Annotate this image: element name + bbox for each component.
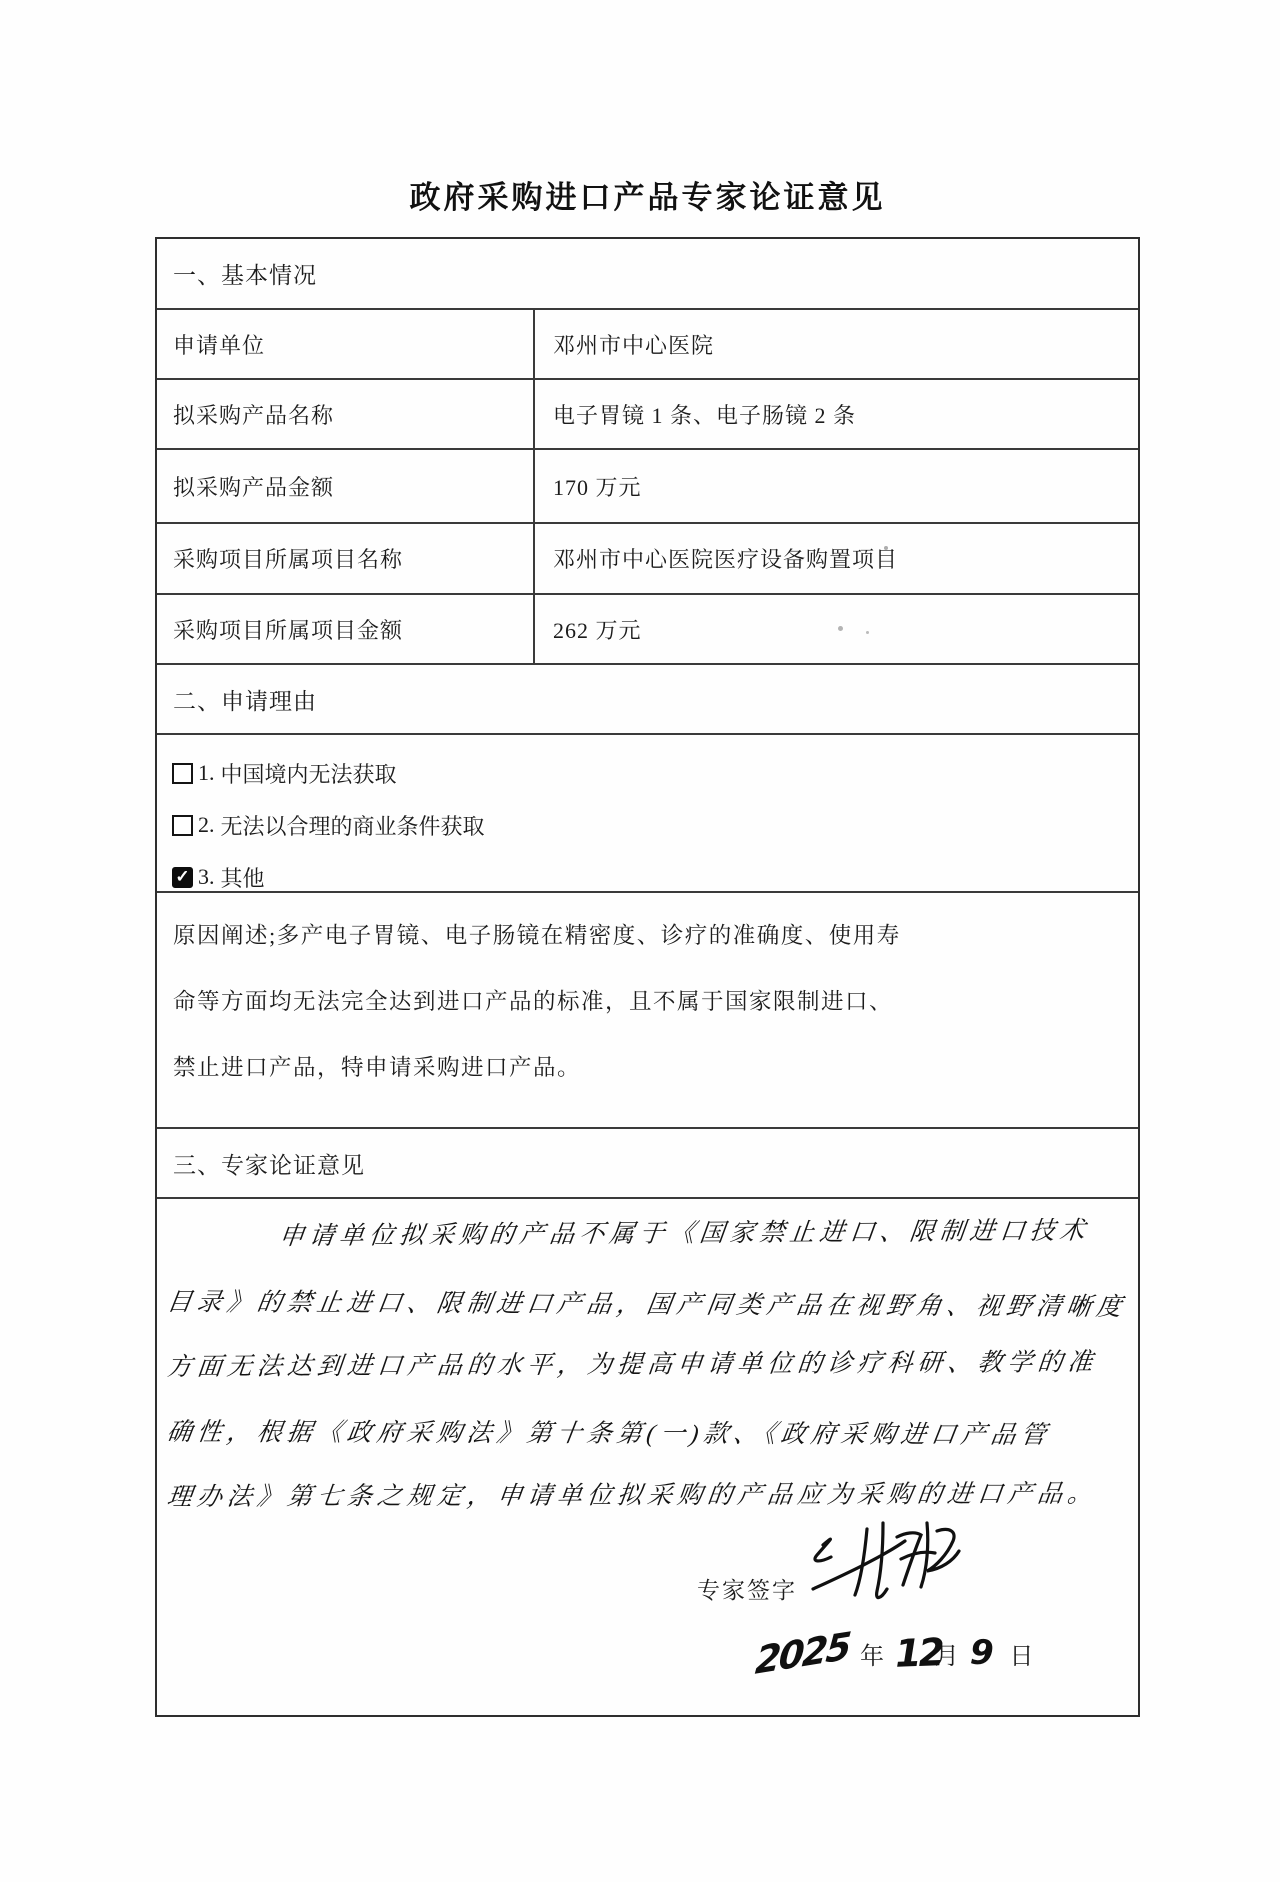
reason-statement-line: 禁止进口产品，特申请采购进口产品。 <box>173 1035 1118 1101</box>
table-row-product-name: 拟采购产品名称 电子胃镜 1 条、电子肠镜 2 条 <box>157 378 1138 448</box>
handwritten-month: 12 <box>894 1630 942 1676</box>
reason-statement-line: 原因阐述;多产电子胃镜、电子肠镜在精密度、诊疗的准确度、使用寿 <box>173 903 1118 969</box>
section-basic-info-label: 一、基本情况 <box>173 257 317 290</box>
table-row-project-amount: 采购项目所属项目金额 262 万元 <box>157 593 1138 663</box>
applicant-value: 邓州市中心医院 <box>535 310 1138 378</box>
handwritten-opinion-line: 方面无法达到进口产品的水平，为提高申请单位的诊疗科研、教学的准 <box>164 1330 1134 1400</box>
project-name-value: 邓州市中心医院医疗设备购置项目 <box>535 524 1138 593</box>
handwritten-day: 9 <box>969 1633 994 1674</box>
handwritten-opinion-line: 目录》的禁止进口、限制进口产品，国产同类产品在视野角、视野清晰度 <box>162 1270 1134 1340</box>
reason-option-2-number: 2. <box>198 812 215 838</box>
reason-option-1-number: 1. <box>198 760 215 786</box>
product-amount-label: 拟采购产品金额 <box>157 450 535 522</box>
form-table: 一、基本情况 申请单位 邓州市中心医院 拟采购产品名称 电子胃镜 1 条、电子肠… <box>155 237 1140 1717</box>
checkbox-checked-icon: ✓ <box>172 867 193 888</box>
section-apply-reason-header: 二、申请理由 <box>157 663 1138 733</box>
reason-option-2: 2. 无法以合理的商业条件获取 <box>172 799 1138 851</box>
expert-opinion-cell: 申请单位拟采购的产品不属于《国家禁止进口、限制进口技术 目录》的禁止进口、限制进… <box>157 1197 1138 1715</box>
section-expert-opinion-label: 三、专家论证意见 <box>173 1147 365 1180</box>
scanned-document-page: 政府采购进口产品专家论证意见 一、基本情况 申请单位 邓州市中心医院 拟采购产品… <box>0 0 1280 1882</box>
table-row-project-name: 采购项目所属项目名称 邓州市中心医院医疗设备购置项目 <box>157 522 1138 593</box>
page-title: 政府采购进口产品专家论证意见 <box>155 172 1140 217</box>
reason-options-cell: 1. 中国境内无法获取 2. 无法以合理的商业条件获取 ✓ 3. 其他 <box>157 733 1138 891</box>
scan-artifact-dot <box>838 626 843 631</box>
table-row-product-amount: 拟采购产品金额 170 万元 <box>157 448 1138 522</box>
project-name-label: 采购项目所属项目名称 <box>157 524 535 593</box>
day-unit-label: 日 <box>1010 1636 1035 1671</box>
reason-option-1: 1. 中国境内无法获取 <box>172 747 1138 799</box>
table-row-applicant: 申请单位 邓州市中心医院 <box>157 308 1138 378</box>
product-name-value: 电子胃镜 1 条、电子肠镜 2 条 <box>535 380 1138 448</box>
reason-option-1-label: 中国境内无法获取 <box>221 758 397 789</box>
handwritten-year: 2025 <box>754 1623 852 1682</box>
handwritten-opinion-line: 申请单位拟采购的产品不属于《国家禁止进口、限制进口技术 <box>163 1198 1134 1270</box>
expert-signature-handwriting <box>809 1511 969 1616</box>
year-unit-label: 年 <box>860 1636 885 1671</box>
scan-artifact-dot <box>866 631 869 634</box>
handwritten-opinion-line: 理办法》第七条之规定，申请单位拟采购的产品应为采购的进口产品。 <box>163 1462 1134 1530</box>
section-apply-reason-label: 二、申请理由 <box>173 683 317 716</box>
reason-option-3-label: 其他 <box>221 862 265 893</box>
scan-artifact-dot <box>884 546 888 550</box>
checkbox-unchecked-icon <box>172 763 193 784</box>
handwritten-opinion-line: 确性，根据《政府采购法》第十条第(一)款、《政府采购进口产品管 <box>162 1400 1134 1468</box>
project-amount-value: 262 万元 <box>535 595 1138 663</box>
checkbox-unchecked-icon <box>172 815 193 836</box>
reason-option-3-number: 3. <box>198 864 215 890</box>
date-line: 2025 年 12 月 9 日 <box>755 1631 1035 1675</box>
reason-option-2-label: 无法以合理的商业条件获取 <box>221 810 485 841</box>
reason-statement-cell: 原因阐述;多产电子胃镜、电子肠镜在精密度、诊疗的准确度、使用寿 命等方面均无法完… <box>157 891 1138 1127</box>
applicant-label: 申请单位 <box>157 310 535 378</box>
section-expert-opinion-header: 三、专家论证意见 <box>157 1127 1138 1197</box>
product-name-label: 拟采购产品名称 <box>157 380 535 448</box>
product-amount-value: 170 万元 <box>535 450 1138 522</box>
expert-signature-label: 专家签字 <box>697 1572 797 1605</box>
section-basic-info-header: 一、基本情况 <box>157 239 1138 308</box>
reason-statement-line: 命等方面均无法完全达到进口产品的标准，且不属于国家限制进口、 <box>173 969 1118 1035</box>
project-amount-label: 采购项目所属项目金额 <box>157 595 535 663</box>
